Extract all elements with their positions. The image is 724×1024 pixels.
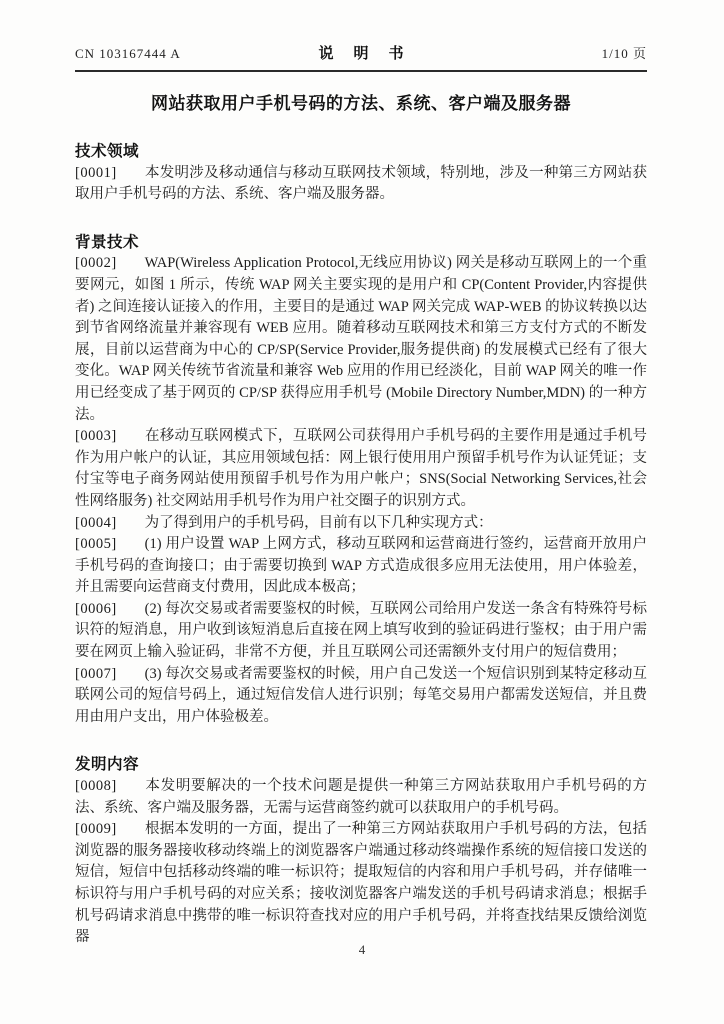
- paragraph-0007: [0007](3) 每次交易或者需要鉴权的时候，用户自己发送一个短信识别到某特定…: [75, 664, 647, 729]
- paragraph-0006: [0006](2) 每次交易或者需要鉴权的时候，互联网公司给用户发送一条含有特殊…: [75, 599, 647, 664]
- page-header: CN 103167444 A 说明书 1/10 页: [75, 46, 647, 62]
- section-heading-summary: 发明内容: [75, 754, 647, 776]
- page-indicator: 1/10 页: [404, 46, 648, 62]
- paragraph-text: 根据本发明的一方面，提出了一种第三方网站获取用户手机号码的方法，包括浏览器的服务…: [75, 821, 647, 945]
- paragraph-number: [0004]: [75, 513, 117, 535]
- patent-title: 网站获取用户手机号码的方法、系统、客户端及服务器: [75, 93, 647, 115]
- paragraph-0008: [0008]本发明要解决的一个技术问题是提供一种第三方网站获取用户手机号码的方法…: [75, 776, 647, 819]
- paragraph-number: [0001]: [75, 163, 117, 185]
- paragraph-number: [0006]: [75, 599, 117, 621]
- paragraph-text: (2) 每次交易或者需要鉴权的时候，互联网公司给用户发送一条含有特殊符号标识符的…: [75, 601, 647, 660]
- paragraph-text: 为了得到用户的手机号码，目前有以下几种实现方式：: [145, 515, 493, 531]
- paragraph-0004: [0004]为了得到用户的手机号码，目前有以下几种实现方式：: [75, 513, 647, 535]
- paragraph-0003: [0003]在移动互联网模式下，互联网公司获得用户手机号码的主要作用是通过手机号…: [75, 426, 647, 512]
- section-technical-field: 技术领域 [0001]本发明涉及移动通信与移动互联网技术领域，特别地，涉及一种第…: [75, 141, 647, 206]
- paragraph-text: 在移动互联网模式下，互联网公司获得用户手机号码的主要作用是通过手机号作为用户帐户…: [75, 428, 647, 509]
- paragraph-0009: [0009]根据本发明的一方面，提出了一种第三方网站获取用户手机号码的方法，包括…: [75, 819, 647, 949]
- paragraph-number: [0007]: [75, 664, 117, 686]
- page-footer: 4: [0, 942, 724, 958]
- section-heading-background: 背景技术: [75, 232, 647, 254]
- section-heading-technical-field: 技术领域: [75, 141, 647, 163]
- page-number: 4: [359, 942, 366, 957]
- paragraph-0002: [0002]WAP(Wireless Application Protocol,…: [75, 253, 647, 426]
- section-summary-of-invention: 发明内容 [0008]本发明要解决的一个技术问题是提供一种第三方网站获取用户手机…: [75, 754, 647, 948]
- patent-spec-page: CN 103167444 A 说明书 1/10 页 网站获取用户手机号码的方法、…: [0, 0, 724, 1024]
- paragraph-number: [0002]: [75, 253, 117, 275]
- paragraph-0005: [0005](1) 用户设置 WAP 上网方式，移动互联网和运营商进行签约，运营…: [75, 534, 647, 599]
- paragraph-text: (1) 用户设置 WAP 上网方式，移动互联网和运营商进行签约，运营商开放用户手…: [75, 536, 647, 595]
- paragraph-number: [0008]: [75, 776, 117, 798]
- paragraph-text: (3) 每次交易或者需要鉴权的时候，用户自己发送一个短信识别到某特定移动互联网公…: [75, 666, 647, 725]
- paragraph-number: [0009]: [75, 819, 117, 841]
- paragraph-text: WAP(Wireless Application Protocol,无线应用协议…: [75, 255, 647, 422]
- paragraph-0001: [0001]本发明涉及移动通信与移动互联网技术领域，特别地，涉及一种第三方网站获…: [75, 163, 647, 206]
- paragraph-number: [0003]: [75, 426, 117, 448]
- patent-number: CN 103167444 A: [75, 46, 319, 62]
- paragraph-number: [0005]: [75, 534, 117, 556]
- paragraph-text: 本发明涉及移动通信与移动互联网技术领域，特别地，涉及一种第三方网站获取用户手机号…: [75, 165, 647, 203]
- header-divider: [75, 70, 647, 72]
- section-background: 背景技术 [0002]WAP(Wireless Application Prot…: [75, 232, 647, 729]
- paragraph-text: 本发明要解决的一个技术问题是提供一种第三方网站获取用户手机号码的方法、系统、客户…: [75, 778, 647, 816]
